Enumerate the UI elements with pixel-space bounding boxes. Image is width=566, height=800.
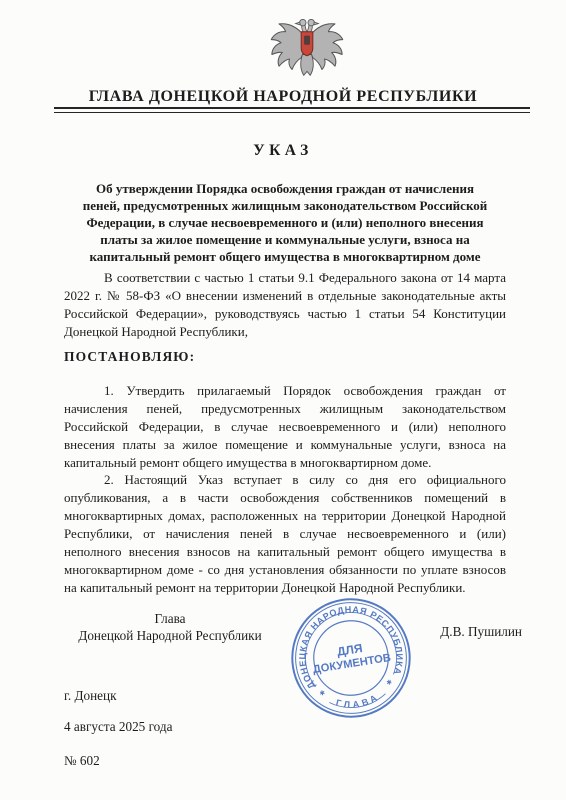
eagle-shield — [301, 32, 313, 56]
stamp-separator-star-left-icon: ✱ — [319, 690, 326, 698]
dnr-coat-of-arms-icon — [268, 10, 346, 86]
footer-place: г. Донецк — [64, 688, 116, 704]
signature-position: Глава Донецкой Народной Республики — [72, 610, 268, 644]
signature-position-line1: Глава — [72, 610, 268, 627]
footer-date: 4 августа 2025 года — [64, 719, 172, 735]
letterhead-double-rule — [54, 107, 530, 113]
letterhead-title: ГЛАВА ДОНЕЦКОЙ НАРОДНОЙ РЕСПУБЛИКИ — [0, 88, 566, 106]
resolution-word: ПОСТАНОВЛЯЮ: — [64, 349, 195, 365]
preamble-paragraph: В соответствии с частью 1 статьи 9.1 Фед… — [64, 269, 506, 341]
decree-item-2: 2. Настоящий Указ вступает в силу со дня… — [64, 471, 506, 597]
decree-document-page: ГЛАВА ДОНЕЦКОЙ НАРОДНОЙ РЕСПУБЛИКИ УКАЗ … — [0, 0, 566, 800]
doc-type-heading: УКАЗ — [0, 142, 566, 160]
signature-position-line2: Донецкой Народной Республики — [72, 627, 268, 644]
doc-title: Об утверждении Порядка освобождения граж… — [80, 180, 490, 265]
signature-name: Д.В. Пушилин — [440, 624, 522, 640]
decree-item-1: 1. Утвердить прилагаемый Порядок освобож… — [64, 382, 506, 472]
eagle-tail — [301, 55, 314, 76]
stamp-separator-star-right-icon: ✱ — [386, 679, 393, 687]
official-stamp: ДОНЕЦКАЯ НАРОДНАЯ РЕСПУБЛИКА ГЛАВА ✱ ✱ Д… — [289, 596, 413, 720]
footer-number: № 602 — [64, 753, 100, 769]
